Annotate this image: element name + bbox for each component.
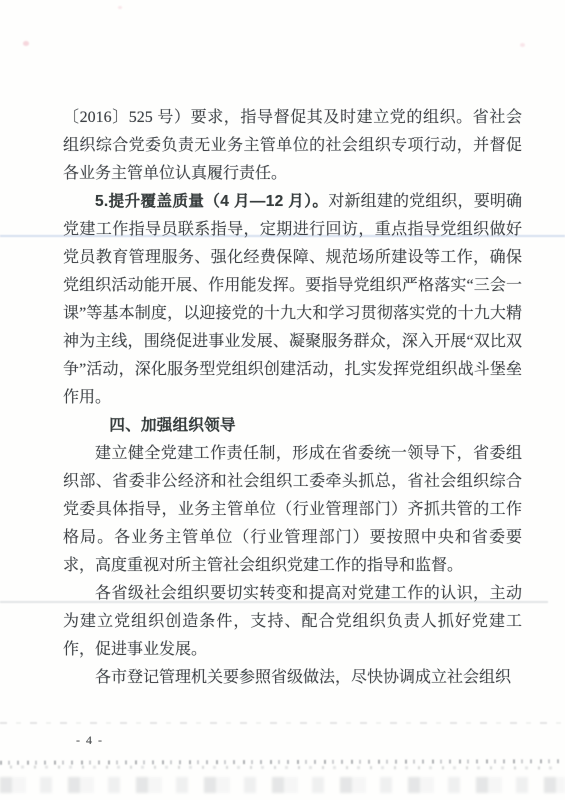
page-number: - 4 -	[76, 733, 104, 748]
pink-ink-speck	[118, 6, 122, 9]
pink-ink-speck	[23, 41, 29, 46]
text-segment: 对新组建的党组织，要明确党建工作指导员联系指导，定期进行回访，重点指导党组织做好…	[63, 193, 522, 406]
paragraph: 各市登记管理机关要参照省级做法，尽快协调成立社会组织	[63, 664, 522, 692]
scanned-document-page: 〔2016〕525 号）要求，指导督促其及时建立党的组织。省社会组织综合党委负责…	[0, 0, 565, 800]
scan-artifact-speckle	[0, 759, 565, 764]
text-segment: 建立健全党建工作责任制，形成在省委统一领导下，省委组织部、省委非公经济和社会组织…	[63, 445, 522, 574]
scan-artifact-streak	[0, 722, 565, 724]
paragraph: 〔2016〕525 号）要求，指导督促其及时建立党的组织。省社会组织综合党委负责…	[63, 104, 522, 188]
scan-artifact-mottle	[0, 777, 565, 793]
text-segment: 各省级社会组织要切实转变和提高对党建工作的认识，主动为建立党组织创造条件，支持、…	[63, 585, 522, 658]
paragraph: 各省级社会组织要切实转变和提高对党建工作的认识，主动为建立党组织创造条件，支持、…	[63, 580, 522, 664]
paragraph: 5.提升覆盖质量（4 月—12 月）。对新组建的党组织，要明确党建工作指导员联系…	[63, 188, 522, 412]
bold-text-segment: 5.提升覆盖质量（4 月—12 月）。	[95, 193, 328, 210]
section-heading: 四、加强组织领导	[63, 412, 522, 440]
bold-text-segment: 四、加强组织领导	[109, 417, 235, 434]
text-segment: 〔2016〕525 号）要求，指导督促其及时建立党的组织。省社会组织综合党委负责…	[63, 109, 522, 182]
document-text: 〔2016〕525 号）要求，指导督促其及时建立党的组织。省社会组织综合党委负责…	[63, 104, 522, 692]
scan-artifact-speckle	[10, 766, 560, 770]
pink-ink-speck	[520, 43, 525, 47]
paragraph: 建立健全党建工作责任制，形成在省委统一领导下，省委组织部、省委非公经济和社会组织…	[63, 440, 522, 580]
text-segment: 各市登记管理机关要参照省级做法，尽快协调成立社会组织	[95, 669, 511, 686]
